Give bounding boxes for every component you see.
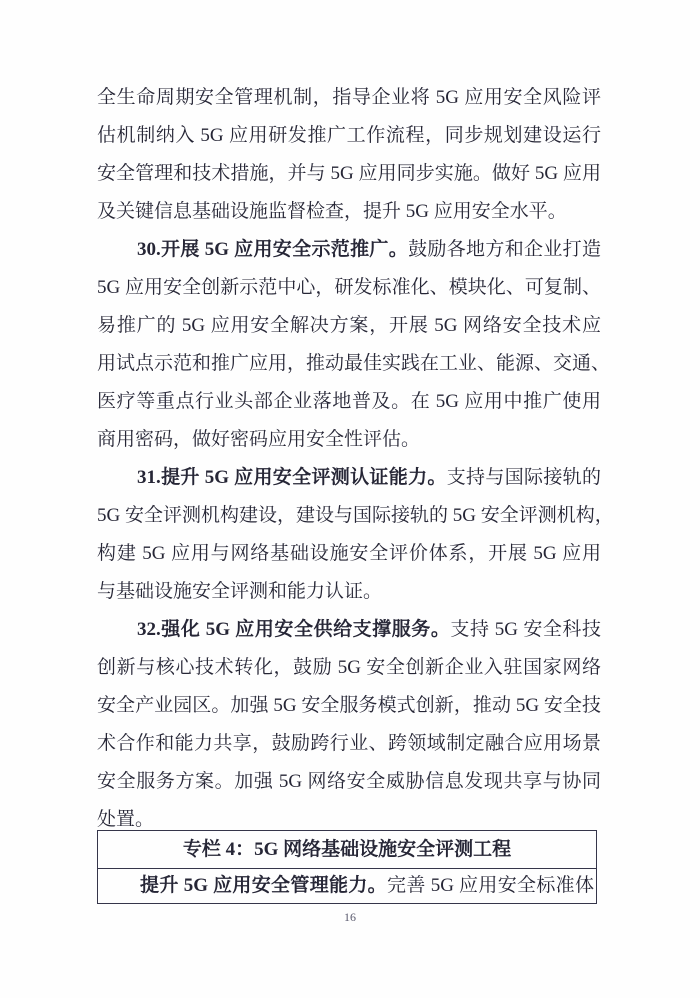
text-run: 全生命周期安全管理机制，指导企业将 5G 应用安全风险评 — [97, 87, 601, 108]
text-run: 术合作和能力共享，鼓励跨行业、跨领域制定融合应用场景 — [97, 733, 601, 754]
text-line: 术合作和能力共享，鼓励跨行业、跨领域制定融合应用场景 — [97, 725, 601, 763]
text-line: 5G 安全评测机构建设，建设与国际接轨的 5G 安全评测机构， — [97, 497, 601, 535]
text-line: 及关键信息基础设施监督检查，提升 5G 应用安全水平。 — [97, 193, 601, 231]
paragraph-continuation: 全生命周期安全管理机制，指导企业将 5G 应用安全风险评估机制纳入 5G 应用研… — [97, 79, 601, 231]
text-run: 与基础设施安全评测和能力认证。 — [97, 581, 382, 602]
text-run: 5G 应用安全创新示范中心，研发标准化、模块化、可复制、 — [97, 277, 601, 298]
text-line: 30.开展 5G 应用安全示范推广。鼓励各地方和企业打造 — [97, 231, 601, 269]
text-line: 31.提升 5G 应用安全评测认证能力。支持与国际接轨的 — [97, 459, 601, 497]
text-line: 构建 5G 应用与网络基础设施安全评价体系，开展 5G 应用 — [97, 535, 601, 573]
document-body: 全生命周期安全管理机制，指导企业将 5G 应用安全风险评估机制纳入 5G 应用研… — [97, 79, 601, 839]
panel-table: 专栏 4：5G 网络基础设施安全评测工程 提升 5G 应用安全管理能力。完善 5… — [97, 830, 597, 904]
text-run: 处置。 — [97, 809, 154, 830]
text-run: 估机制纳入 5G 应用研发推广工作流程，同步规划建设运行 — [97, 125, 601, 146]
bold-text-run: 31.提升 5G 应用安全评测认证能力。 — [137, 467, 447, 488]
text-run: 支持与国际接轨的 — [447, 467, 601, 488]
text-line: 安全服务方案。加强 5G 网络安全威胁信息发现共享与协同 — [97, 763, 601, 801]
text-line: 32.强化 5G 应用安全供给支撑服务。支持 5G 安全科技 — [97, 611, 601, 649]
text-run: 及关键信息基础设施监督检查，提升 5G 应用安全水平。 — [97, 201, 567, 222]
text-run: 支持 5G 安全科技 — [450, 619, 601, 640]
paragraph-item-32: 32.强化 5G 应用安全供给支撑服务。支持 5G 安全科技创新与核心技术转化，… — [97, 611, 601, 839]
text-line: 创新与核心技术转化，鼓励 5G 安全创新企业入驻国家网络 — [97, 649, 601, 687]
bold-text-run: 32.强化 5G 应用安全供给支撑服务。 — [137, 619, 450, 640]
paragraph-item-31: 31.提升 5G 应用安全评测认证能力。支持与国际接轨的5G 安全评测机构建设，… — [97, 459, 601, 611]
bold-text-run: 提升 5G 应用安全管理能力。 — [140, 875, 387, 896]
text-run: 构建 5G 应用与网络基础设施安全评价体系，开展 5G 应用 — [97, 543, 601, 564]
text-line: 医疗等重点行业头部企业落地普及。在 5G 应用中推广使用 — [97, 383, 601, 421]
text-run: 安全管理和技术措施，并与 5G 应用同步实施。做好 5G 应用 — [97, 163, 601, 184]
text-run: 安全服务方案。加强 5G 网络安全威胁信息发现共享与协同 — [97, 771, 601, 792]
panel-header: 专栏 4：5G 网络基础设施安全评测工程 — [98, 831, 596, 869]
text-line: 与基础设施安全评测和能力认证。 — [97, 573, 601, 611]
text-line: 商用密码，做好密码应用安全性评估。 — [97, 421, 601, 459]
text-line: 安全产业园区。加强 5G 安全服务模式创新，推动 5G 安全技 — [97, 687, 601, 725]
text-run: 商用密码，做好密码应用安全性评估。 — [97, 429, 420, 450]
text-run: 5G 安全评测机构建设，建设与国际接轨的 5G 安全评测机构， — [97, 505, 614, 526]
text-line: 估机制纳入 5G 应用研发推广工作流程，同步规划建设运行 — [97, 117, 601, 155]
text-run: 完善 5G 应用安全标准体 — [387, 875, 594, 896]
text-line: 用试点示范和推广应用，推动最佳实践在工业、能源、交通、 — [97, 345, 601, 383]
text-line: 全生命周期安全管理机制，指导企业将 5G 应用安全风险评 — [97, 79, 601, 117]
text-line: 易推广的 5G 应用安全解决方案，开展 5G 网络安全技术应 — [97, 307, 601, 345]
text-run: 用试点示范和推广应用，推动最佳实践在工业、能源、交通、 — [97, 353, 610, 374]
paragraph-item-30: 30.开展 5G 应用安全示范推广。鼓励各地方和企业打造5G 应用安全创新示范中… — [97, 231, 601, 459]
bold-text-run: 专栏 4：5G 网络基础设施安全评测工程 — [183, 839, 511, 860]
panel-row: 提升 5G 应用安全管理能力。完善 5G 应用安全标准体 — [98, 869, 596, 903]
text-run: 安全产业园区。加强 5G 安全服务模式创新，推动 5G 安全技 — [97, 695, 601, 716]
bold-text-run: 30.开展 5G 应用安全示范推广。 — [137, 239, 408, 260]
document-page: 全生命周期安全管理机制，指导企业将 5G 应用安全风险评估机制纳入 5G 应用研… — [0, 0, 700, 998]
text-run: 易推广的 5G 应用安全解决方案，开展 5G 网络安全技术应 — [97, 315, 601, 336]
text-run: 医疗等重点行业头部企业落地普及。在 5G 应用中推广使用 — [97, 391, 601, 412]
text-run: 鼓励各地方和企业打造 — [408, 239, 601, 260]
text-run: 创新与核心技术转化，鼓励 5G 安全创新企业入驻国家网络 — [97, 657, 601, 678]
text-line: 5G 应用安全创新示范中心，研发标准化、模块化、可复制、 — [97, 269, 601, 307]
page-number: 16 — [0, 910, 700, 925]
text-line: 安全管理和技术措施，并与 5G 应用同步实施。做好 5G 应用 — [97, 155, 601, 193]
